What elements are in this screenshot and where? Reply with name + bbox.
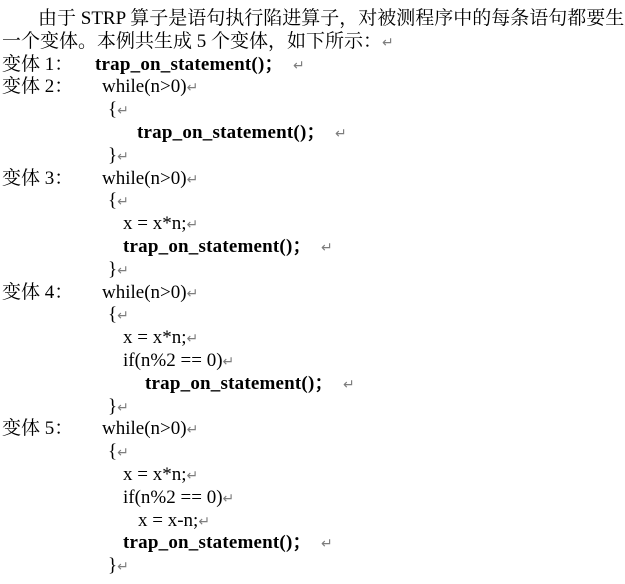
code-line: }↵: [0, 555, 625, 578]
code-statement: trap_on_statement()； ↵: [123, 236, 333, 260]
paragraph-return-mark-icon: ↵: [117, 103, 129, 119]
variant-label: 变体 2：: [2, 76, 73, 99]
code-line: {↵: [0, 99, 625, 122]
variant-1-line: 变体 1：trap_on_statement()； ↵: [0, 54, 625, 77]
document-page: 由于 STRP 算子是语句执行陷进算子，对被测程序中的每条语句都要生成一个变体。…: [0, 0, 625, 584]
code-statement: }↵: [108, 145, 129, 169]
variant-label: 变体 1：: [2, 54, 73, 77]
paragraph-return-mark-icon: ↵: [117, 263, 129, 279]
paragraph-return-mark-icon: ↵: [187, 422, 199, 438]
intro-line-2: 一个变体。本例共生成 5 个变体，如下所示：↵: [0, 31, 625, 54]
code-statement: {↵: [108, 304, 129, 328]
code-statement: x = x*n;↵: [123, 213, 198, 237]
code-line: x = x*n;↵: [0, 213, 625, 236]
code-line: x = x*n;↵: [0, 464, 625, 487]
paragraph-return-mark-icon: ↵: [117, 308, 129, 324]
code-statement: trap_on_statement()； ↵: [95, 54, 305, 78]
code-statement: trap_on_statement()； ↵: [123, 532, 333, 556]
variant-label: 变体 4：: [2, 282, 73, 305]
code-line: trap_on_statement()； ↵: [0, 236, 625, 259]
code-line: }↵: [0, 145, 625, 168]
variant-3-line: 变体 3：while(n>0)↵: [0, 168, 625, 191]
paragraph-return-mark-icon: ↵: [187, 468, 199, 484]
code-statement: {↵: [108, 190, 129, 214]
variant-label: 变体 3：: [2, 168, 73, 191]
code-line: {↵: [0, 441, 625, 464]
paragraph-return-mark-icon: ↵: [284, 58, 305, 74]
code-line: trap_on_statement()； ↵: [0, 373, 625, 396]
code-line: trap_on_statement()； ↵: [0, 532, 625, 555]
variant-5-line: 变体 5：while(n>0)↵: [0, 418, 625, 441]
code-line: }↵: [0, 259, 625, 282]
code-line: trap_on_statement()； ↵: [0, 122, 625, 145]
code-line: if(n%2 == 0)↵: [0, 350, 625, 373]
code-line: x = x*n;↵: [0, 327, 625, 350]
variant-label: 变体 5：: [2, 418, 73, 441]
code-statement: while(n>0)↵: [102, 282, 198, 306]
paragraph-return-mark-icon: ↵: [198, 514, 210, 530]
intro-text: 一个变体。本例共生成 5 个变体，如下所示：↵: [2, 31, 394, 55]
paragraph-return-mark-icon: ↵: [187, 172, 199, 188]
paragraph-return-mark-icon: ↵: [187, 331, 199, 347]
paragraph-return-mark-icon: ↵: [187, 286, 199, 302]
code-statement: x = x*n;↵: [123, 464, 198, 488]
variant-2-line: 变体 2：while(n>0)↵: [0, 76, 625, 99]
intro-line-1: 由于 STRP 算子是语句执行陷进算子，对被测程序中的每条语句都要生成: [0, 8, 625, 31]
paragraph-return-mark-icon: ↵: [117, 400, 129, 416]
code-statement: x = x-n;↵: [138, 510, 210, 534]
paragraph-return-mark-icon: ↵: [117, 149, 129, 165]
code-statement: x = x*n;↵: [123, 327, 198, 351]
code-statement: if(n%2 == 0)↵: [123, 487, 234, 511]
paragraph-return-mark-icon: ↵: [312, 536, 333, 552]
paragraph-return-mark-icon: ↵: [382, 35, 394, 51]
code-statement: if(n%2 == 0)↵: [123, 350, 234, 374]
paragraph-return-mark-icon: ↵: [312, 240, 333, 256]
code-statement: while(n>0)↵: [102, 76, 198, 100]
code-line: {↵: [0, 304, 625, 327]
paragraph-return-mark-icon: ↵: [223, 354, 235, 370]
paragraph-return-mark-icon: ↵: [326, 126, 347, 142]
paragraph-return-mark-icon: ↵: [117, 194, 129, 210]
code-line: }↵: [0, 396, 625, 419]
paragraph-return-mark-icon: ↵: [117, 559, 129, 575]
paragraph-return-mark-icon: ↵: [187, 217, 199, 233]
paragraph-return-mark-icon: ↵: [223, 491, 235, 507]
paragraph-return-mark-icon: ↵: [117, 445, 129, 461]
code-statement: trap_on_statement()； ↵: [145, 373, 355, 397]
variant-4-line: 变体 4：while(n>0)↵: [0, 282, 625, 305]
code-line: x = x-n;↵: [0, 510, 625, 533]
intro-text: 由于 STRP 算子是语句执行陷进算子，对被测程序中的每条语句都要生成: [38, 8, 625, 31]
code-line: if(n%2 == 0)↵: [0, 487, 625, 510]
code-statement: trap_on_statement()； ↵: [137, 122, 347, 146]
code-statement: {↵: [108, 99, 129, 123]
code-statement: }↵: [108, 396, 129, 420]
paragraph-return-mark-icon: ↵: [187, 80, 199, 96]
code-line: {↵: [0, 190, 625, 213]
code-statement: while(n>0)↵: [102, 168, 198, 192]
code-statement: while(n>0)↵: [102, 418, 198, 442]
code-statement: }↵: [108, 555, 129, 579]
paragraph-return-mark-icon: ↵: [334, 377, 355, 393]
code-statement: {↵: [108, 441, 129, 465]
code-statement: }↵: [108, 259, 129, 283]
